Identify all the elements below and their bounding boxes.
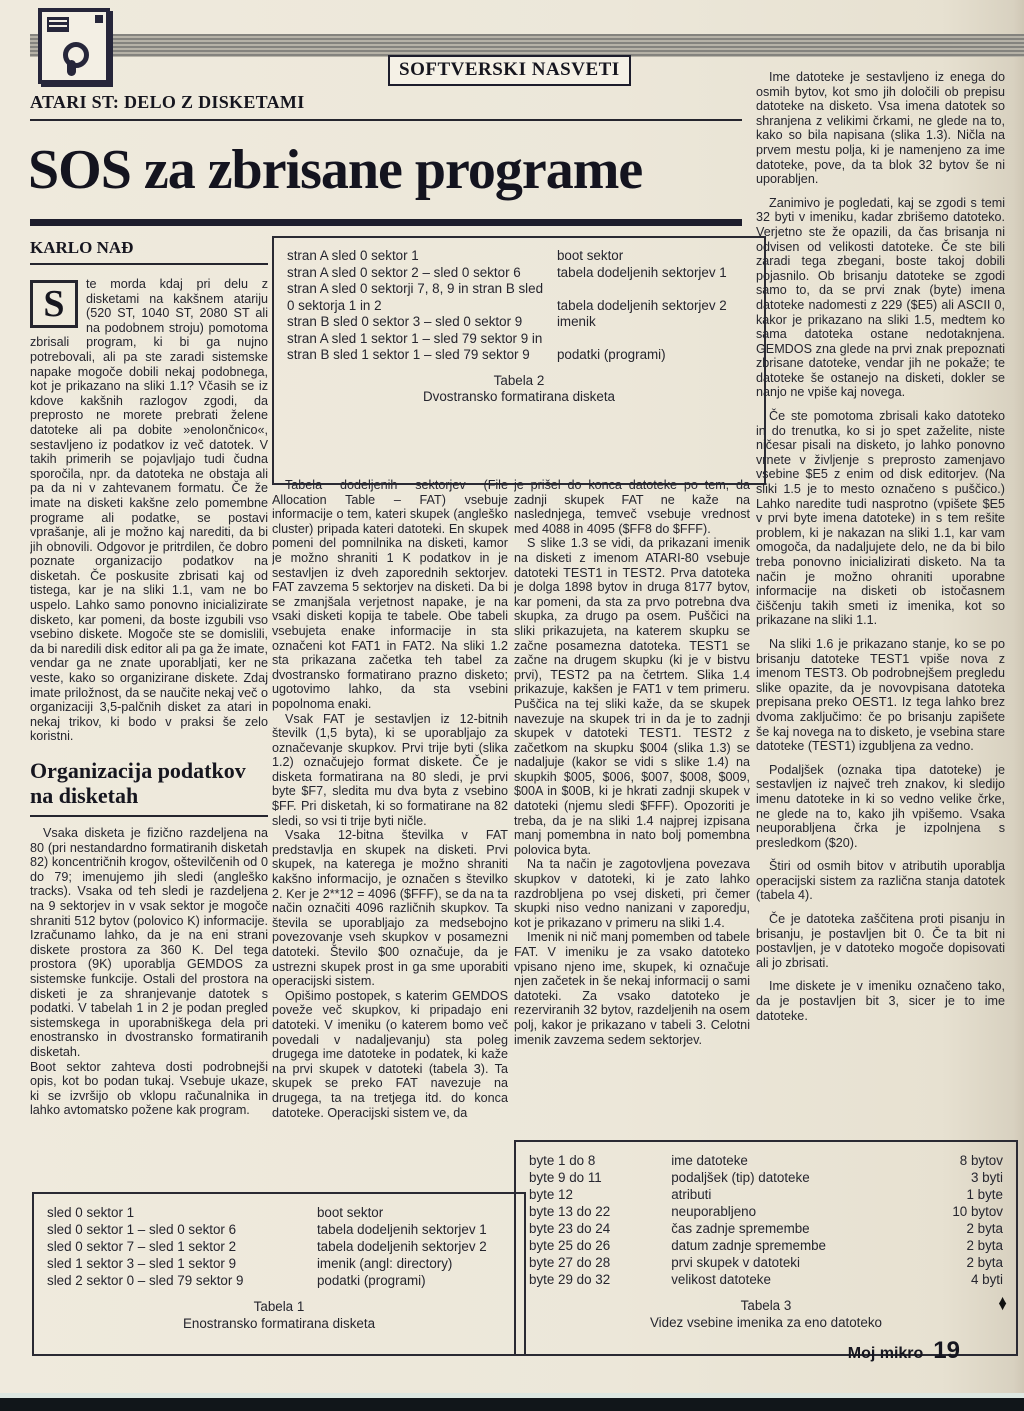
table-cell: tabela dodeljenih sektorjev 1 [557, 265, 751, 282]
paragraph: Ste morda kdaj pri delu z disketami na k… [30, 277, 268, 744]
table-cell: stran A sled 0 sektor 2 – sled 0 sektor … [287, 265, 557, 282]
paragraph: Vsaka 12-bitna številka v FAT predstavlj… [272, 828, 508, 989]
table-3: byte 1 do 8 ime datoteke 8 bytov byte 9 … [514, 1140, 1018, 1356]
table-row: byte 27 do 28 prvi skupek v datoteki 2 b… [529, 1254, 1003, 1271]
paragraph: Tabela dodeljenih sektorjev (File Alloca… [272, 478, 508, 712]
table-row: byte 13 do 22 neuporabljeno 10 bytov [529, 1203, 1003, 1220]
table-caption-title: Tabela 3 [529, 1297, 1003, 1314]
table-cell: byte 13 do 22 [529, 1203, 671, 1220]
dropcap: S [30, 280, 78, 328]
table-cell: stran A sled 0 sektor 1 [287, 248, 557, 265]
floppy-notch [95, 15, 103, 23]
table-row: stran B sled 0 sektor 3 – sled 0 sektor … [287, 314, 751, 331]
page-footer: Moj mikro19 [848, 1337, 960, 1365]
floppy-disk-icon [38, 8, 110, 84]
paragraph: Podaljšek (oznaka tipa datoteke) je sest… [756, 763, 1005, 851]
table-cell: 10 bytov [899, 1203, 1003, 1220]
table-row: sled 0 sektor 7 – sled 1 sektor 2 tabela… [47, 1238, 511, 1255]
table-cell: neuporabljeno [671, 1203, 899, 1220]
floppy-label [47, 17, 69, 32]
table-cell: byte 9 do 11 [529, 1169, 671, 1186]
table-cell: podatki (programi) [317, 1272, 511, 1289]
table-row: sled 0 sektor 1 – sled 0 sektor 6 tabela… [47, 1221, 511, 1238]
section-tag: SOFTVERSKI NASVETI [388, 55, 631, 86]
table-cell: tabela dodeljenih sektorjev 2 [317, 1238, 511, 1255]
table-cell: byte 1 do 8 [529, 1152, 671, 1169]
table-row: stran A sled 0 sektorji 7, 8, 9 in stran… [287, 281, 751, 314]
table-cell: 3 byti [899, 1169, 1003, 1186]
table-cell: imenik [557, 314, 751, 331]
page-bottom-edge [0, 1398, 1024, 1411]
paragraph: Štiri od osmih bitov v atributih uporabl… [756, 859, 1005, 903]
byline: KARLO NAĐ [30, 238, 268, 258]
floppy-slot [67, 60, 76, 76]
table-cell: stran A sled 1 sektor 1 – sled 79 sektor… [287, 331, 557, 364]
paragraph: Če ste pomotoma zbrisali kako datoteko i… [756, 409, 1005, 628]
table-cell: sled 1 sektor 3 – sled 1 sektor 9 [47, 1255, 317, 1272]
table-row: byte 9 do 11 podaljšek (tip) datoteke 3 … [529, 1169, 1003, 1186]
table-row: byte 25 do 26 datum zadnje spremembe 2 b… [529, 1237, 1003, 1254]
page-number: 19 [933, 1337, 960, 1364]
section-heading-rule [30, 815, 268, 817]
table-caption: Tabela 3 Videz vsebine imenika za eno da… [529, 1297, 1003, 1331]
paragraph: Če je datoteka zaščitena proti pisanju i… [756, 912, 1005, 970]
table-cell: stran A sled 0 sektorji 7, 8, 9 in stran… [287, 281, 557, 314]
paragraph: Imenik ni nič manj pomemben od tabele FA… [514, 930, 750, 1047]
table-cell: 4 byti [899, 1271, 1003, 1288]
table-cell: byte 23 do 24 [529, 1220, 671, 1237]
table-caption: Tabela 2 Dvostransko formatirana disketa [287, 373, 751, 406]
table-caption-title: Tabela 2 [287, 373, 751, 390]
table-row: byte 1 do 8 ime datoteke 8 bytov [529, 1152, 1003, 1169]
table-cell: sled 0 sektor 1 – sled 0 sektor 6 [47, 1221, 317, 1238]
column-right: Ime datoteke je sestavljeno iz enega do … [756, 70, 1005, 1138]
table-cell: byte 27 do 28 [529, 1254, 671, 1271]
article-title: SOS za zbrisane programe [28, 138, 750, 202]
title-rule [30, 219, 742, 226]
table-cell: byte 12 [529, 1186, 671, 1203]
table-caption: Tabela 1 Enostransko formatirana disketa [47, 1298, 511, 1332]
table-cell: stran B sled 0 sektor 3 – sled 0 sektor … [287, 314, 557, 331]
table-cell: tabela dodeljenih sektorjev 2 [557, 298, 751, 315]
table-cell: 2 byta [899, 1254, 1003, 1271]
table-caption-subtitle: Dvostransko formatirana disketa [287, 389, 751, 406]
table-caption-subtitle: Videz vsebine imenika za eno datoteko [529, 1314, 1003, 1331]
table-cell: ime datoteke [671, 1152, 899, 1169]
column-middle: Tabela dodeljenih sektorjev (File Alloca… [272, 478, 508, 1138]
table-cell: boot sektor [557, 248, 751, 265]
paragraph: Vsak FAT je sestavljen iz 12-bitnih štev… [272, 712, 508, 829]
paragraph: Vsaka disketa je fizično razdeljena na 8… [30, 826, 268, 1060]
table-cell: sled 0 sektor 7 – sled 1 sektor 2 [47, 1238, 317, 1255]
table-cell: datum zadnje spremembe [671, 1237, 899, 1254]
magazine-name: Moj mikro [848, 1345, 924, 1362]
table-row: byte 29 do 32 velikost datoteke 4 byti [529, 1271, 1003, 1288]
next-page-arrow-icon: ♦ [998, 1290, 1006, 1316]
article-kicker: ATARI ST: DELO Z DISKETAMI [30, 92, 305, 113]
paragraph: je prišel do konca datoteke po tem, da z… [514, 478, 750, 536]
table-cell: čas zadnje spremembe [671, 1220, 899, 1237]
table-cell: 8 bytov [899, 1152, 1003, 1169]
paragraph: Opišimo postopek, s katerim GEMDOS povež… [272, 989, 508, 1120]
section-heading: Organizacija podatkov na disketah [30, 758, 268, 808]
table-row: sled 1 sektor 3 – sled 1 sektor 9 imenik… [47, 1255, 511, 1272]
paragraph: Ime diskete je v imeniku označeno tako, … [756, 979, 1005, 1023]
table-caption-subtitle: Enostransko formatirana disketa [47, 1315, 511, 1332]
table-row: sled 2 sektor 0 – sled 79 sektor 9 podat… [47, 1272, 511, 1289]
table-cell: sled 2 sektor 0 – sled 79 sektor 9 [47, 1272, 317, 1289]
column-left: KARLO NAĐ Ste morda kdaj pri delu z disk… [30, 238, 268, 1176]
kicker-rule [30, 119, 742, 121]
table-cell: podatki (programi) [557, 347, 751, 364]
paragraph-text: te morda kdaj pri delu z disketami na ka… [30, 277, 268, 743]
table-cell: podaljšek (tip) datoteke [671, 1169, 899, 1186]
paragraph: S slike 1.3 se vidi, da prikazani imenik… [514, 536, 750, 857]
table-cell: byte 29 do 32 [529, 1271, 671, 1288]
table-1: sled 0 sektor 1 boot sektor sled 0 sekto… [32, 1192, 526, 1356]
table-row: stran A sled 1 sektor 1 – sled 79 sektor… [287, 331, 751, 364]
table-cell: 2 byta [899, 1220, 1003, 1237]
paragraph: Na sliki 1.6 je prikazano stanje, ko se … [756, 637, 1005, 754]
table-cell: imenik (angl: directory) [317, 1255, 511, 1272]
byline-rule [30, 263, 268, 265]
table-cell: 1 byte [899, 1186, 1003, 1203]
column-middle-right: je prišel do konca datoteke po tem, da z… [514, 478, 750, 1138]
paragraph: Zanimivo je pogledati, kaj se zgodi s te… [756, 196, 1005, 400]
table-cell: 2 byta [899, 1237, 1003, 1254]
table-row: byte 12 atributi 1 byte [529, 1186, 1003, 1203]
table-cell: sled 0 sektor 1 [47, 1204, 317, 1221]
table-cell: prvi skupek v datoteki [671, 1254, 899, 1271]
table-cell: byte 25 do 26 [529, 1237, 671, 1254]
paragraph: Boot sektor zahteva dosti podrobnejši op… [30, 1060, 268, 1118]
table-cell: boot sektor [317, 1204, 511, 1221]
table-2: stran A sled 0 sektor 1 boot sektor stra… [272, 236, 766, 485]
table-row: stran A sled 0 sektor 1 boot sektor [287, 248, 751, 265]
table-cell: atributi [671, 1186, 899, 1203]
table-row: sled 0 sektor 1 boot sektor [47, 1204, 511, 1221]
table-cell: tabela dodeljenih sektorjev 1 [317, 1221, 511, 1238]
paragraph: Na ta način je zagotovljena povezava sku… [514, 857, 750, 930]
table-row: stran A sled 0 sektor 2 – sled 0 sektor … [287, 265, 751, 282]
paragraph: Ime datoteke je sestavljeno iz enega do … [756, 70, 1005, 187]
table-row: byte 23 do 24 čas zadnje spremembe 2 byt… [529, 1220, 1003, 1237]
table-caption-title: Tabela 1 [47, 1298, 511, 1315]
table-cell: velikost datoteke [671, 1271, 899, 1288]
header-stripe-band [30, 34, 1024, 57]
